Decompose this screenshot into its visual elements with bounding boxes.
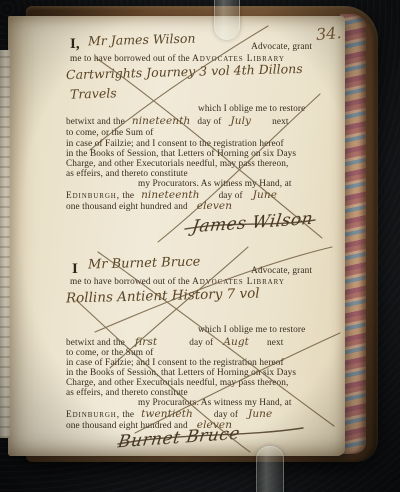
form2-signed-month: June	[248, 408, 272, 420]
form2-day-of-text: day of	[189, 338, 213, 348]
form1-edinburgh-line: Edinburgh, thenineteenthday ofJune	[66, 190, 277, 201]
form2-failzie-line: in case of Failzie; and I consent to the…	[66, 358, 284, 368]
form2-borrowed-text: me to have borrowed out of the	[70, 277, 190, 287]
form2-due-month: Augt	[223, 336, 249, 348]
form2-charge-line: Charge, and other Executorials needful, …	[66, 378, 288, 388]
form1-year-line: one thousand eight hundred andeleven	[66, 201, 232, 212]
form1-failzie-line: in case of Failzie; and I consent to the…	[66, 139, 284, 149]
form1-effeirs-line: as effeirs, and thereto constitute	[66, 169, 188, 179]
form2-effeirs-line: as effeirs, and thereto constitute	[66, 388, 188, 398]
form1-signed-day: nineteenth	[141, 189, 200, 201]
form2-the-text: the	[122, 410, 134, 420]
form2-procurators-line: my Procurators. As witness my Hand, at	[138, 398, 292, 408]
form2-next-text: next	[267, 338, 283, 348]
form1-book-title-line2: Travels	[70, 85, 117, 101]
form1-betwixt-text: betwixt and the	[66, 117, 125, 127]
form1-procurators-line: my Procurators. As witness my Hand, at	[138, 179, 292, 189]
form1-next-text: next	[272, 117, 288, 127]
form2-books-line: in the Books of Session, that Letters of…	[66, 368, 296, 378]
page-number: 34.	[315, 23, 342, 44]
form2-oblige-line: which I oblige me to restore	[198, 325, 305, 335]
photo-scene: 34. I, Mr James Wilson Advocate, grant m…	[0, 0, 400, 492]
form2-borrower-name: Mr Burnet Bruce	[88, 255, 201, 273]
form2-initial: I	[72, 261, 78, 278]
book-weight-strip-bottom	[256, 446, 284, 492]
form1-due-month: July	[230, 115, 251, 127]
form1-day-of-text: day of	[197, 117, 221, 127]
form1-initial: I,	[70, 36, 80, 53]
form1-the-text: the	[122, 191, 134, 201]
form2-edinburgh-line: Edinburgh, thetwentiethday ofJune	[66, 409, 272, 420]
form2-betwixt-text: betwixt and the	[66, 338, 125, 348]
form1-year-text: one thousand eight hundred and	[66, 202, 188, 212]
form1-oblige-line: which I oblige me to restore	[198, 104, 305, 114]
form1-due-line: betwixt and thenineteenthday ofJulynext	[66, 116, 289, 127]
form2-tocome-line: to come, or the Sum of	[66, 348, 153, 358]
form2-edinburgh-label: Edinburgh,	[66, 410, 120, 420]
form1-charge-line: Charge, and other Executorials needful, …	[66, 159, 288, 169]
book-weight-strip-top	[214, 0, 240, 40]
form2-due-line: betwixt and thefirstday ofAugtnext	[66, 337, 283, 348]
form1-edinburgh-label: Edinburgh,	[66, 191, 120, 201]
form1-signed-month: June	[253, 189, 277, 201]
form1-signed-year: eleven	[197, 200, 232, 212]
form1-borrower-name: Mr James Wilson	[88, 31, 196, 49]
form1-due-day: nineteenth	[132, 115, 191, 127]
form2-signed-day: twentieth	[141, 408, 193, 420]
form2-grant-text: Advocate, grant	[251, 266, 312, 276]
form2-due-day: first	[135, 336, 157, 348]
form1-borrowed-text: me to have borrowed out of the	[70, 54, 190, 64]
form1-books-line: in the Books of Session, that Letters of…	[66, 149, 296, 159]
form1-grant-text: Advocate, grant	[251, 42, 312, 52]
form1-tocome-line: to come, or the Sum of	[66, 128, 153, 138]
facing-page-edge	[0, 50, 10, 438]
